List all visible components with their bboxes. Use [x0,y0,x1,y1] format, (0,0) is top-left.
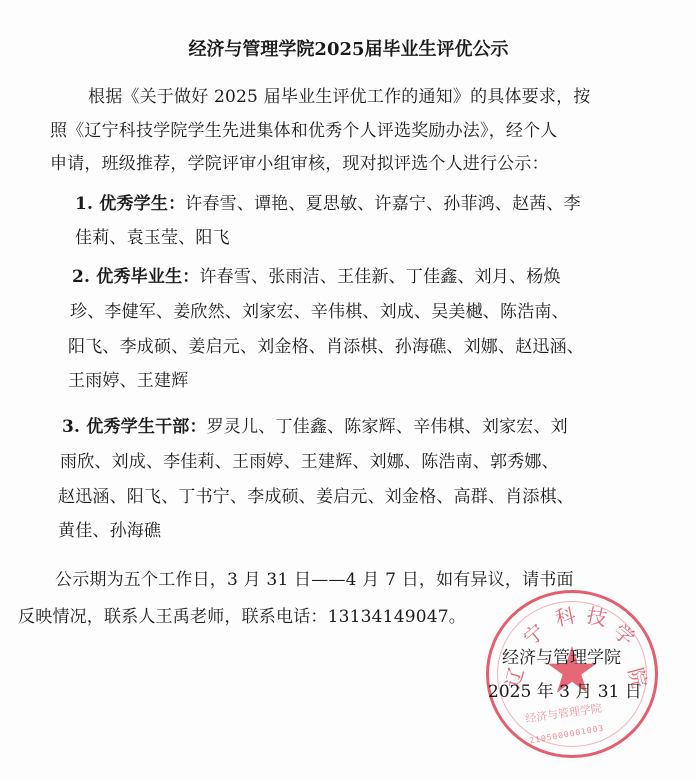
official-stamp: 宁 科 技 学 辽 院 经济与管理学院 2105000001003 [486,590,658,758]
section-3-line-4: 黄佳、孙海礁 [58,520,161,542]
section-3-line-1: 3. 优秀学生干部：罗灵儿、丁佳鑫、陈家辉、辛伟棋、刘家宏、刘 [62,416,568,438]
section-3-line-2: 雨欣、刘成、李佳莉、王雨婷、王建辉、刘娜、陈浩南、郭秀娜、 [60,451,559,473]
section-2-label: 2. 优秀毕业生： [72,267,199,287]
section-1-line-1: 1. 优秀学生：许春雪、谭艳、夏思敏、许嘉宁、孙菲鸿、赵茜、李 [75,193,581,215]
document-title: 经济与管理学院2025届毕业生评优公示 [0,38,697,62]
section-2-line-3: 阳飞、李成硕、姜启元、刘金格、肖添棋、孙海礁、刘娜、赵迅涵、 [68,336,584,358]
intro-line-3: 申请，班级推荐，学院评审小组审核，现对拟评选个人进行公示： [50,153,549,175]
section-2-line-4: 王雨婷、王建辉 [68,370,188,392]
signature-org: 经济与管理学院 [502,647,621,669]
closing-line-1: 公示期为五个工作日，3 月 31 日——4 月 7 日，如有异议，请书面 [55,569,574,591]
section-3-line-3: 赵迅涵、阳飞、丁书宁、李成硕、姜启元、刘金格、高群、肖添棋、 [58,486,574,508]
section-1-names-1: 许春雪、谭艳、夏思敏、许嘉宁、孙菲鸿、赵茜、李 [185,194,581,214]
intro-line-2: 照《辽宁科技学院学生先进集体和优秀个人评选奖励办法》，经个人 [50,120,558,142]
section-2-line-1: 2. 优秀毕业生：许春雪、张雨洁、王佳新、丁佳鑫、刘月、杨焕 [72,266,561,288]
section-3-label: 3. 优秀学生干部： [62,417,207,437]
section-1-label: 1. 优秀学生： [75,194,185,214]
section-2-line-2: 珍、李健军、姜欣然、刘家宏、辛伟棋、刘成、吴美樾、陈浩南、 [70,301,569,323]
intro-line-1: 根据《关于做好 2025 届毕业生评优工作的通知》的具体要求，按 [88,86,590,108]
closing-line-2: 反映情况，联系人王禹老师，联系电话：13134149047。 [18,606,466,628]
signature-date: 2025 年 3 月 31 日 [488,681,642,703]
section-1-line-2: 佳莉、袁玉莹、阳飞 [75,227,230,249]
section-2-names-1: 许春雪、张雨洁、王佳新、丁佳鑫、刘月、杨焕 [199,267,560,287]
section-3-names-1: 罗灵儿、丁佳鑫、陈家辉、辛伟棋、刘家宏、刘 [207,417,568,437]
document-page: 经济与管理学院2025届毕业生评优公示 根据《关于做好 2025 届毕业生评优工… [0,0,697,779]
